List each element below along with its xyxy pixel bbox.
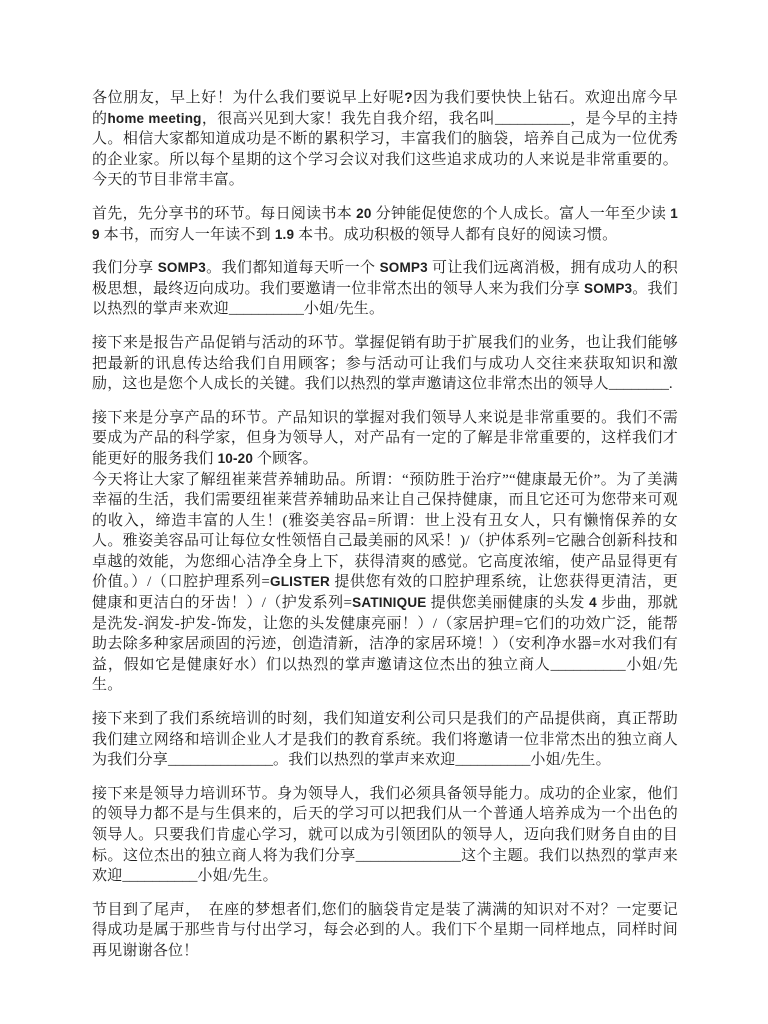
- fill-in-blank: __________: [455, 752, 530, 768]
- text-run: 。我们都知道每天听一个: [206, 260, 380, 276]
- fill-in-blank: ______________: [356, 848, 461, 864]
- paragraph-closing: 节目到了尾声， 在座的梦想者们,您们的脑袋肯定是装了满满的知识对不对？一定要记得…: [92, 900, 678, 962]
- latin-text-run: SOMP3: [584, 281, 632, 296]
- text-run: 个顾客。: [253, 451, 318, 467]
- text-run: 本书，而穷人一年读不到: [100, 227, 275, 243]
- latin-text-run: 4: [589, 595, 597, 610]
- paragraph-book-sharing: 首先，先分享书的环节。每日阅读书本 20 分钟能促使您的个人成长。富人一年至少读…: [92, 204, 678, 245]
- fill-in-blank: __________: [229, 301, 304, 317]
- latin-text-run: GLISTER: [270, 574, 330, 589]
- fill-in-blank: ________: [609, 376, 669, 392]
- text-run: ，很高兴见到大家！我先自我介绍，我名叫: [202, 111, 495, 127]
- document-page: 各位朋友，早上好！为什么我们要说早上好呢?因为我们要快快上钻石。欢迎出席今早的h…: [0, 0, 768, 1024]
- paragraph-leadership-training: 接下来是领导力培训环节。身为领导人，我们必须具备领导能力。成功的企业家，他们的领…: [92, 784, 678, 887]
- text-run: .: [669, 376, 673, 392]
- latin-text-run: 1.9: [275, 227, 294, 242]
- text-run: 提供您美丽健康的头发: [426, 595, 589, 611]
- fill-in-blank: __________: [122, 868, 197, 884]
- latin-text-run: 10-20: [218, 451, 254, 466]
- fill-in-blank: __________: [495, 111, 570, 127]
- latin-text-run: home meeting: [107, 111, 201, 126]
- text-run: 本书。成功积极的领导人都有良好的阅读习惯。: [294, 227, 617, 243]
- text-run: 分钟能促使您的个人成长。富人一年至少读: [372, 206, 671, 222]
- paragraph-system-training: 接下来到了我们系统培训的时刻，我们知道安利公司只是我们的产品提供商，真正帮助我们…: [92, 709, 678, 771]
- text-run: 小姐/先生。: [197, 868, 277, 884]
- paragraph-opening-greeting: 各位朋友，早上好！为什么我们要说早上好呢?因为我们要快快上钻石。欢迎出席今早的h…: [92, 88, 678, 191]
- text-run: 节目到了尾声， 在座的梦想者们,您们的脑袋肯定是装了满满的知识对不对？一定要记得…: [92, 902, 678, 959]
- latin-text-run: SOMP3: [158, 260, 206, 275]
- fill-in-blank: ______________: [168, 752, 273, 768]
- paragraph-product-sharing-intro: 接下来是分享产品的环节。产品知识的掌握对我们领导人来说是非常重要的。我们不需要成…: [92, 408, 678, 470]
- paragraph-promotion-activity: 接下来是报告产品促销与活动的环节。掌握促销有助于扩展我们的业务，也让我们能够把最…: [92, 333, 678, 395]
- text-run: 各位朋友，早上好！为什么我们要说早上好呢: [92, 90, 404, 106]
- text-run: 小姐/先生。: [304, 301, 384, 317]
- latin-text-run: SATINIQUE: [352, 595, 426, 610]
- text-run: 接下来是分享产品的环节。产品知识的掌握对我们领导人来说是非常重要的。我们不需要成…: [92, 410, 678, 467]
- text-run: 接下来是报告产品促销与活动的环节。掌握促销有助于扩展我们的业务，也让我们能够把最…: [92, 335, 678, 392]
- text-run: 小姐/先生。: [530, 752, 610, 768]
- text-run: 。我们以热烈的掌声来欢迎: [273, 752, 455, 768]
- text-run: 今天将让大家了解纽崔莱营养辅助品。所谓：“预防胜于治疗”“健康最无价”。为了美满…: [92, 472, 678, 591]
- fill-in-blank: __________: [551, 657, 626, 673]
- text-run: 我们分享: [92, 260, 158, 276]
- paragraph-product-sharing-detail: 今天将让大家了解纽崔莱营养辅助品。所谓：“预防胜于治疗”“健康最无价”。为了美满…: [92, 470, 678, 697]
- latin-text-run: ?: [404, 90, 412, 105]
- latin-text-run: 20: [356, 206, 371, 221]
- paragraph-somp3-sharing: 我们分享 SOMP3。我们都知道每天听一个 SOMP3 可让我们远离消极，拥有成…: [92, 258, 678, 320]
- latin-text-run: SOMP3: [380, 260, 428, 275]
- text-run: 首先，先分享书的环节。每日阅读书本: [92, 206, 356, 222]
